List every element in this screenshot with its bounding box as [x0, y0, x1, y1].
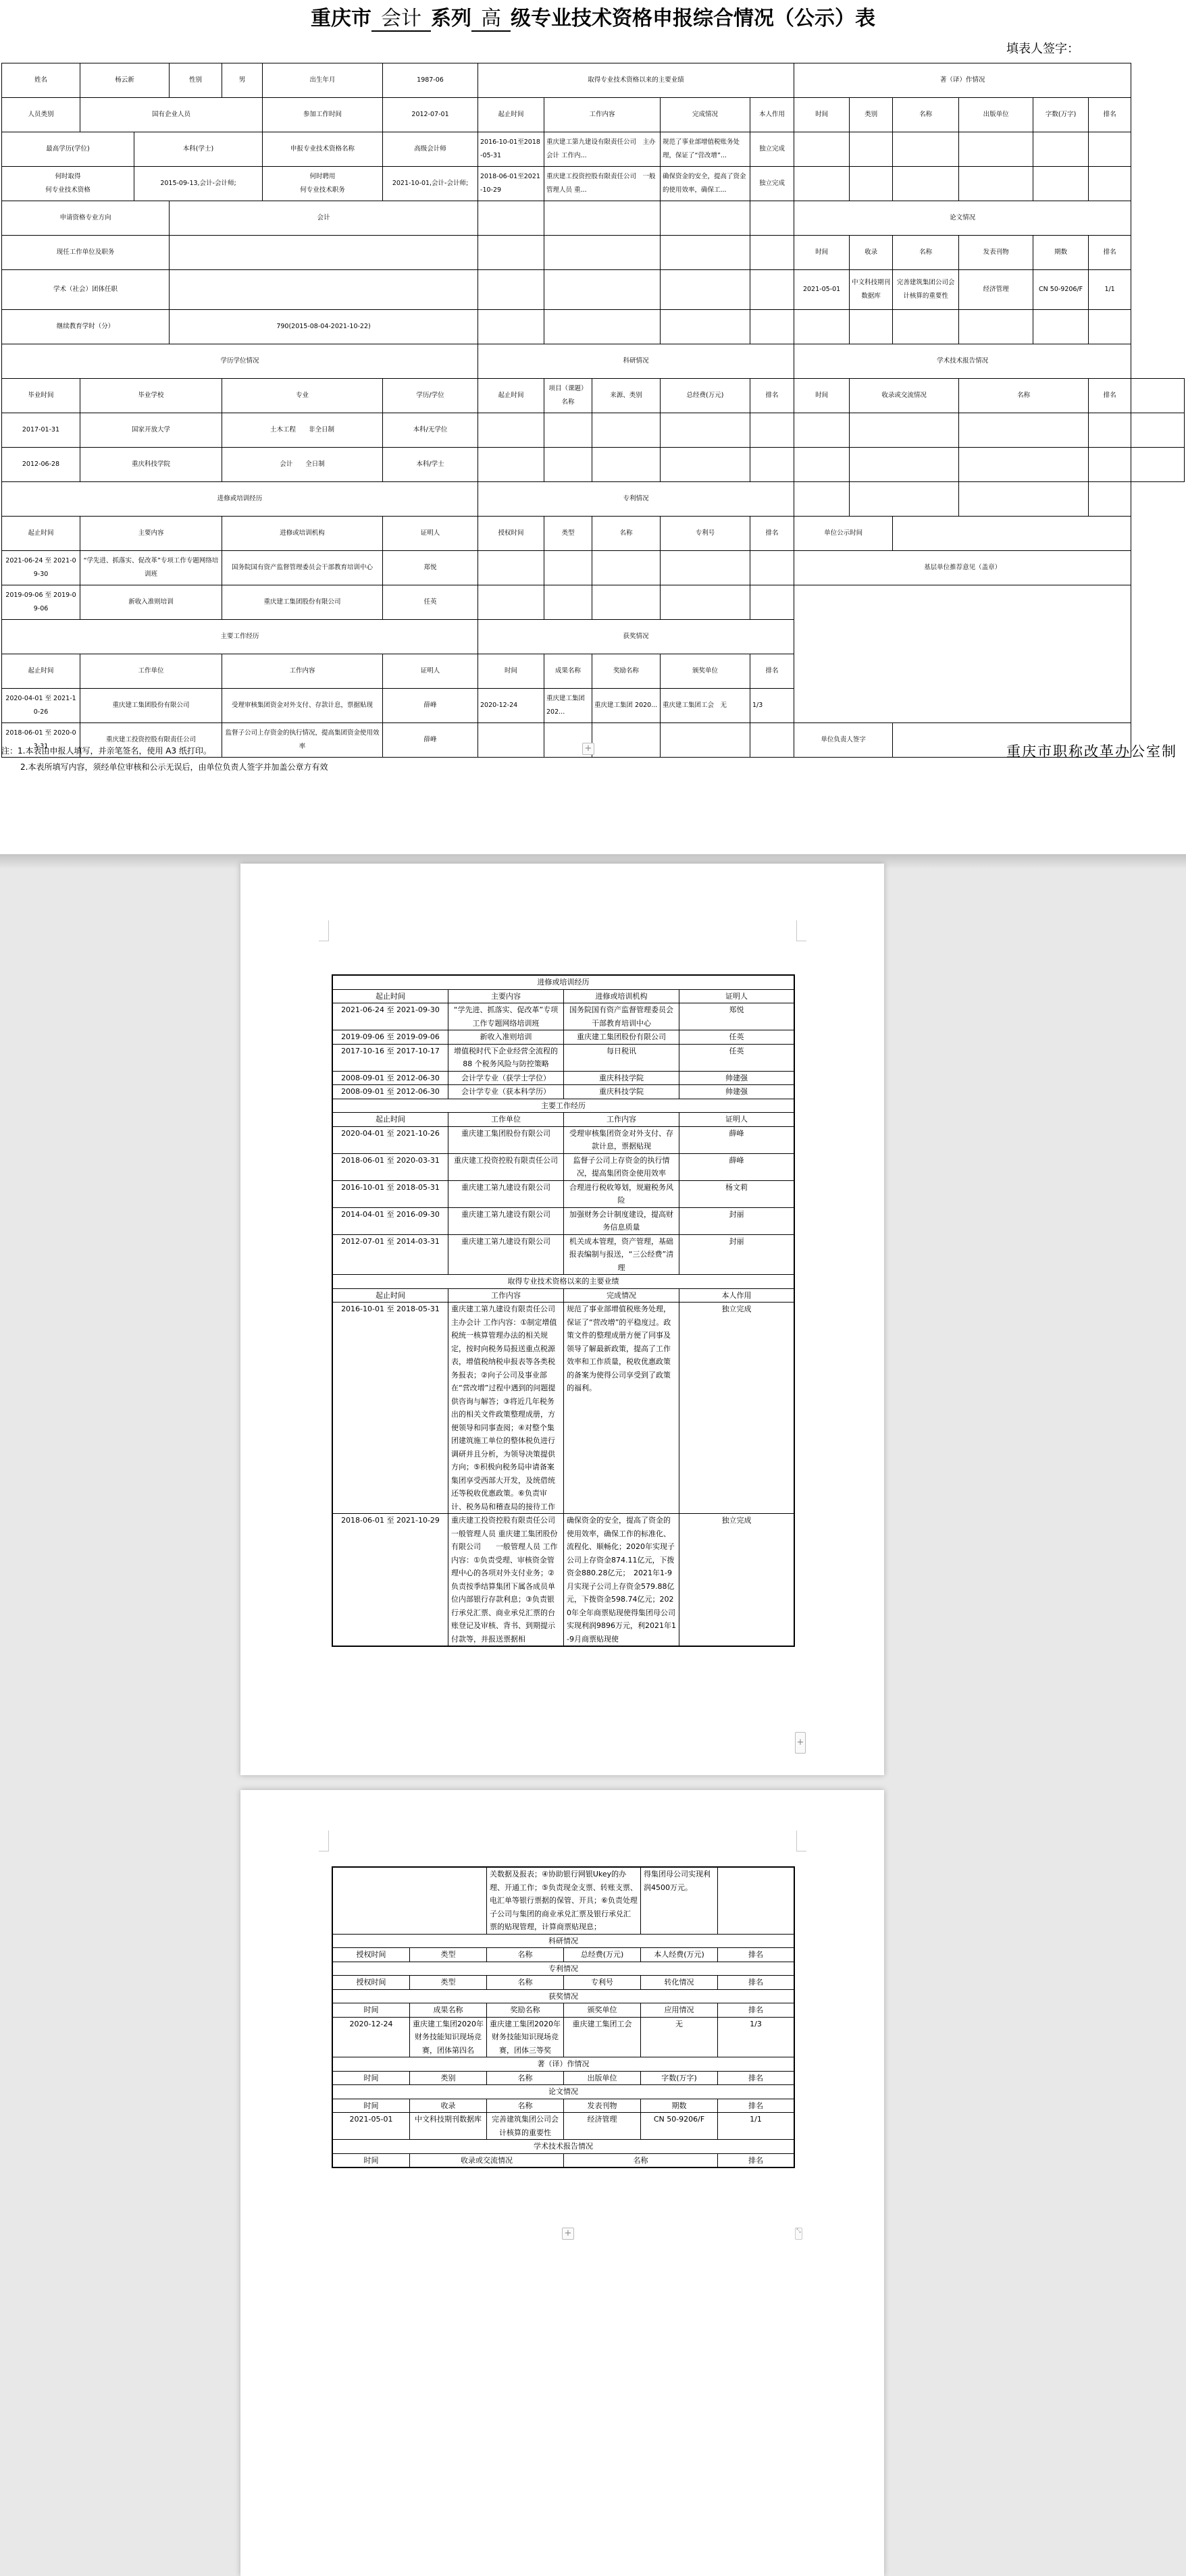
- job-content: 合理进行税收筹划，规避税务风险: [564, 1180, 679, 1207]
- training-period: 2017-10-16 至 2017-10-17: [333, 1044, 448, 1071]
- training-witness: 帅建强: [679, 1071, 794, 1085]
- apply-title-label: 申报专业技术资格名称: [263, 132, 383, 167]
- empty-cell: [850, 413, 959, 448]
- paper-name: 完善建筑集团公司会计核算的重要性: [487, 2113, 564, 2140]
- table-row: 2018-06-01 至 2020-03-31重庆建工投资控股有限责任公司监督子…: [333, 1153, 794, 1180]
- job-unit: 重庆建工第九建设有限公司: [448, 1234, 564, 1275]
- margin-corner-mark: [319, 1831, 329, 1851]
- education-school: 国家开放大学: [80, 413, 222, 448]
- works-header: 字数(万字): [1033, 98, 1089, 132]
- achievement-content: 重庆建工投资控股有限责任公司 一般管理人员 重庆建工集团股份有限公司 一般管理人…: [448, 1514, 564, 1646]
- summary-table: 姓名 杨云新 性别 男 出生年月 1987-06 取得专业技术资格以来的主要业绩…: [1, 63, 1185, 758]
- empty-cell: [544, 551, 592, 585]
- gender-label: 性别: [170, 63, 222, 98]
- job-content: 受理审核集团资金对外支付、存款计息，票据贴现: [222, 689, 383, 723]
- award-result: 重庆建工集团 202...: [544, 689, 592, 723]
- paper-index: 中文科技期刊数据库: [850, 270, 893, 310]
- research-header: 项目（课题）名称: [544, 379, 592, 413]
- paper-time: 2021-05-01: [333, 2113, 410, 2140]
- works-header: 出版单位: [564, 2071, 641, 2085]
- empty-cell: [750, 723, 794, 758]
- empty-cell: [850, 448, 959, 482]
- empty-cell: [1033, 310, 1089, 344]
- awards-header: 奖励名称: [592, 654, 661, 689]
- achievement-period: 2018-06-01至2021-10-29: [478, 167, 544, 201]
- page-2-sheet: 进修或培训经历 起止时间 主要内容 进修或培训机构 证明人 2021-06-24…: [240, 864, 884, 1775]
- training-period: 2021-06-24 至 2021-09-30: [333, 1003, 448, 1030]
- reports-title: 学术技术报告情况: [333, 2140, 794, 2154]
- works-title: 著（译）作情况: [794, 63, 1131, 98]
- patents-header: 类型: [410, 1976, 487, 1990]
- paper-journal: 经济管理: [564, 2113, 641, 2140]
- papers-header-row: 时间收录名称发表刊物期数排名: [333, 2099, 794, 2113]
- job-content: 机关成本管理，资产管理，基础报表编制与报送，“三公经费”清理: [564, 1234, 679, 1275]
- qual-label: 何时取得何专业技术资格: [2, 167, 134, 201]
- empty-cell: [959, 167, 1033, 201]
- table-row: 2017-10-16 至 2017-10-17增值税时代下企业经营全流程的 88…: [333, 1044, 794, 1071]
- patents-header: 授权时间: [333, 1976, 410, 1990]
- empty-cell: [661, 413, 750, 448]
- job-period: 2020-04-01 至 2021-10-26: [333, 1126, 448, 1153]
- award-rank: 1/3: [750, 689, 794, 723]
- works-header-row: 时间类别名称出版单位字数(万字)排名: [333, 2071, 794, 2085]
- job-period: 2012-07-01 至 2014-03-31: [333, 1234, 448, 1275]
- job-witness: 薛峰: [679, 1126, 794, 1153]
- research-title: 科研情况: [333, 1934, 794, 1948]
- table-row: 2021-06-24 至 2021-09-30“学先进、抓落实、促改革”专项工作…: [333, 1003, 794, 1030]
- job-witness: 薛峰: [383, 689, 478, 723]
- empty-cell: [893, 310, 959, 344]
- patents-header-row: 授权时间类型名称专利号转化情况排名: [333, 1976, 794, 1990]
- awards-header: 排名: [718, 2003, 794, 2018]
- detail-table-page-3: 关数据及报表；④协助银行网银Ukey的办理、开通工作；⑤负责现金支票、转账支票、…: [332, 1867, 794, 2167]
- empty-cell: [592, 723, 661, 758]
- add-row-button[interactable]: +: [562, 2228, 574, 2240]
- gender-value: 男: [222, 63, 263, 98]
- empty-cell: [333, 1868, 487, 1935]
- edu-value: 本科(学士): [134, 132, 263, 167]
- add-column-button[interactable]: +: [795, 1732, 806, 1754]
- education-degree: 本科/学士: [383, 448, 478, 482]
- table-row: 毕业时间 毕业学校 专业 学历/学位 起止时间 项目（课题）名称 来源、类别 总…: [2, 379, 1185, 413]
- job-unit: 重庆建工投资控股有限责任公司: [448, 1153, 564, 1180]
- achievement-period: 2018-06-01 至 2021-10-29: [333, 1514, 448, 1646]
- job-period: 2018-06-01 至 2020-03-31: [333, 1153, 448, 1180]
- recommend-value[interactable]: [794, 585, 1131, 723]
- edu-label: 最高学历(学位): [2, 132, 134, 167]
- achievement-role: 独立完成: [679, 1514, 794, 1646]
- research-header: 类型: [410, 1948, 487, 1962]
- research-header: 来源、类别: [592, 379, 661, 413]
- note-1: 注：1.本表由申报人填写，并亲笔签名，使用 A3 纸打印。: [1, 743, 328, 759]
- empty-cell: [544, 236, 661, 270]
- training-header: 进修或培训机构: [564, 989, 679, 1003]
- training-header: 起止时间: [2, 517, 80, 551]
- table-row: 继续教育学时（分） 790(2015-08-04-2021-10-22): [2, 310, 1185, 344]
- reports-header: 收录或交流情况: [850, 379, 959, 413]
- reports-header: 时间: [333, 2153, 410, 2167]
- works-header: 名称: [893, 98, 959, 132]
- empty-cell: [893, 167, 959, 201]
- awards-title: 获奖情况: [333, 1989, 794, 2003]
- patents-title: 专利情况: [478, 482, 794, 517]
- empty-cell: [1033, 132, 1089, 167]
- empty-cell: [893, 132, 959, 167]
- reports-header: 排名: [1089, 379, 1131, 413]
- works-title: 著（译）作情况: [333, 2057, 794, 2072]
- paper-index: 中文科技期刊数据库: [410, 2113, 487, 2140]
- jobs-header: 工作内容: [564, 1113, 679, 1127]
- work-start-value: 2012-07-01: [383, 98, 478, 132]
- empty-cell: [478, 723, 544, 758]
- works-header: 排名: [718, 2071, 794, 2085]
- title-series-blank: 会计: [371, 7, 431, 32]
- awards-header: 成果名称: [410, 2003, 487, 2018]
- training-title: 进修或培训经历: [333, 976, 794, 990]
- empty-cell: [661, 723, 750, 758]
- papers-header: 名称: [893, 236, 959, 270]
- empty-cell: [750, 310, 794, 344]
- empty-cell: [959, 448, 1089, 482]
- patents-header: 专利号: [564, 1976, 641, 1990]
- table-row: 2012-07-01 至 2014-03-31重庆建工第九建设有限公司机关成本管…: [333, 1234, 794, 1275]
- note-2: 2.本表所填写内容，须经单位审核和公示无误后，由单位负责人签字并加盖公章方有效: [1, 759, 328, 775]
- education-school: 重庆科技学院: [80, 448, 222, 482]
- works-header: 名称: [487, 2071, 564, 2085]
- training-title: 进修或培训经历: [2, 482, 478, 517]
- empty-cell: [544, 585, 592, 620]
- empty-cell: [750, 448, 794, 482]
- reports-header: 名称: [959, 379, 1089, 413]
- training-witness: 帅建强: [679, 1085, 794, 1099]
- table-row: 2018-06-01 至 2021-10-29 重庆建工投资控股有限责任公司 一…: [333, 1514, 794, 1646]
- empty-cell: [959, 310, 1033, 344]
- awards-header: 成果名称: [544, 654, 592, 689]
- job-witness: 薛峰: [679, 1153, 794, 1180]
- table-row: 最高学历(学位) 本科(学士) 申报专业技术资格名称 高级会计师 2016-10…: [2, 132, 1185, 167]
- hire-label: 何时聘用何专业技术职务: [263, 167, 383, 201]
- training-content: 新收入准则培训: [80, 585, 222, 620]
- job-content: 受理审核集团资金对外支付、存款计息，票据贴现: [564, 1126, 679, 1153]
- training-header: 起止时间: [333, 989, 448, 1003]
- job-unit: 重庆建工第九建设有限公司: [448, 1180, 564, 1207]
- empty-cell: [661, 551, 750, 585]
- table-row: 2019-09-06 至 2019-09-06新收入准则培训重庆建工集团股份有限…: [333, 1030, 794, 1045]
- empty-cell: [661, 270, 750, 310]
- qual-value: 2015-09-13,会计-会计师;: [134, 167, 263, 201]
- document-title: 重庆市会计系列高级专业技术资格申报综合情况（公示）表: [0, 1, 1186, 32]
- award-time: 2020-12-24: [333, 2017, 410, 2057]
- training-org: 国务院国有资产监督管理委员会干部教育培训中心: [222, 551, 383, 585]
- achievement-role: 独立完成: [750, 132, 794, 167]
- achievement-result: 规范了事业部增值税账务处理，保证了“营改增”...: [661, 132, 750, 167]
- achievements-header: 本人作用: [679, 1288, 794, 1303]
- training-org: 重庆建工集团股份有限公司: [222, 585, 383, 620]
- job-witness: 封丽: [679, 1207, 794, 1234]
- table-row: 2019-09-06 至 2019-09-06 新收入准则培训 重庆建工集团股份…: [2, 585, 1185, 620]
- empty-cell: [750, 585, 794, 620]
- empty-cell: [478, 551, 544, 585]
- jobs-header: 证明人: [383, 654, 478, 689]
- society-value: [170, 270, 478, 310]
- empty-cell: [661, 201, 750, 236]
- table-row: 人员类别 国有企业人员 参加工作时间 2012-07-01 起止时间 工作内容 …: [2, 98, 1185, 132]
- empty-cell: [1089, 413, 1131, 448]
- empty-cell: [478, 201, 544, 236]
- empty-cell: [478, 448, 544, 482]
- papers-title: 论文情况: [794, 201, 1131, 236]
- training-content: 新收入准则培训: [448, 1030, 564, 1045]
- works-header: 字数(万字): [641, 2071, 718, 2085]
- achievements-title: 取得专业技术资格以来的主要业绩: [478, 63, 794, 98]
- training-period: 2008-09-01 至 2012-06-30: [333, 1071, 448, 1085]
- jobs-header: 起止时间: [2, 654, 80, 689]
- awards-header: 应用情况: [641, 2003, 718, 2018]
- papers-header: 发表刊物: [564, 2099, 641, 2113]
- table-row: 2016-10-01 至 2018-05-31重庆建工第九建设有限公司合理进行税…: [333, 1180, 794, 1207]
- table-row: 现任工作单位及职务 时间 收录 名称 发表刊物 期数 排名: [2, 236, 1185, 270]
- education-date: 2017-01-31: [2, 413, 80, 448]
- award-name: 重庆建工集团2020年财务技能知识现场竞赛，团体三等奖: [487, 2017, 564, 2057]
- empty-cell: [750, 270, 794, 310]
- empty-cell: [959, 413, 1089, 448]
- research-header: 总经费(万元): [564, 1948, 641, 1962]
- training-content: 会计学专业（获本科学历）: [448, 1085, 564, 1099]
- current-job-label: 现任工作单位及职务: [2, 236, 170, 270]
- training-period: 2019-09-06 至 2019-09-06: [2, 585, 80, 620]
- notes: 注：1.本表由申报人填写，并亲笔签名，使用 A3 纸打印。 2.本表所填写内容，…: [1, 743, 328, 775]
- achievement-role: 独立完成: [679, 1303, 794, 1514]
- jobs-title: 主要工作经历: [333, 1099, 794, 1113]
- birth-value: 1987-06: [383, 63, 478, 98]
- empty-cell: [661, 310, 750, 344]
- publicity-label: 单位公示时间: [794, 517, 893, 551]
- education-header: 专业: [222, 379, 383, 413]
- education-degree: 本科/无学位: [383, 413, 478, 448]
- achievements-header: 完成情况: [661, 98, 750, 132]
- empty-cell: [1089, 448, 1131, 482]
- empty-cell: [478, 585, 544, 620]
- title-level-blank: 高: [471, 7, 511, 32]
- work-start-label: 参加工作时间: [263, 98, 383, 132]
- training-witness: 任英: [383, 585, 478, 620]
- empty-cell: [544, 310, 661, 344]
- empty-cell: [1089, 310, 1131, 344]
- award-name: 重庆建工集团 2020...: [592, 689, 661, 723]
- margin-corner-mark: [796, 1831, 806, 1851]
- awards-header: 颁奖单位: [564, 2003, 641, 2018]
- add-row-button[interactable]: +: [582, 743, 594, 755]
- training-content: “学先进、抓落实、促改革”专项工作专题网络培训班: [80, 551, 222, 585]
- direction-value: 会计: [170, 201, 478, 236]
- training-content: “学先进、抓落实、促改革”专项工作专题网络培训班: [448, 1003, 564, 1030]
- training-org: 重庆科技学院: [564, 1085, 679, 1099]
- reports-header: 排名: [718, 2153, 794, 2167]
- table-resize-handle[interactable]: ⤡: [795, 2228, 802, 2240]
- training-org: 重庆科技学院: [564, 1071, 679, 1085]
- papers-header: 排名: [718, 2099, 794, 2113]
- training-org: 国务院国有资产监督管理委员会干部教育培训中心: [564, 1003, 679, 1030]
- table-row: 2008-09-01 至 2012-06-30会计学专业（获学士学位）重庆科技学…: [333, 1071, 794, 1085]
- training-period: 2019-09-06 至 2019-09-06: [333, 1030, 448, 1045]
- margin-corner-mark: [796, 920, 806, 941]
- reports-header-row: 时间 收录或交流情况 名称 排名: [333, 2153, 794, 2167]
- awards-header: 颁奖单位: [661, 654, 750, 689]
- achievement-content-continued: 关数据及报表；④协助银行网银Ukey的办理、开通工作；⑤负责现金支票、转账支票、…: [487, 1868, 641, 1935]
- education-header: 毕业时间: [2, 379, 80, 413]
- empty-cell: [750, 413, 794, 448]
- hire-value: 2021-10-01,会计-会计师;: [383, 167, 478, 201]
- job-unit: 重庆建工第九建设有限公司: [448, 1207, 564, 1234]
- name-label: 姓名: [2, 63, 80, 98]
- table-row: 申请资格专业方向 会计 论文情况: [2, 201, 1185, 236]
- paper-rank: 1/1: [1089, 270, 1131, 310]
- training-rows: 2021-06-24 至 2021-09-30“学先进、抓落实、促改革”专项工作…: [333, 1003, 794, 1099]
- direction-label: 申请资格专业方向: [2, 201, 170, 236]
- current-job-value: [170, 236, 478, 270]
- training-witness: 郑悦: [383, 551, 478, 585]
- table-row: 2017-01-31 国家开放大学 土木工程 非全日制 本科/无学位: [2, 413, 1185, 448]
- education-major-system: 土木工程 非全日制: [222, 413, 383, 448]
- empty-cell: [592, 413, 661, 448]
- table-row: 学历学位情况 科研情况 学术技术报告情况: [2, 344, 1185, 379]
- awards-header: 时间: [333, 2003, 410, 2018]
- achievements-header: 完成情况: [564, 1288, 679, 1303]
- job-witness: 封丽: [679, 1234, 794, 1275]
- jobs-header: 工作单位: [448, 1113, 564, 1127]
- publicity-value: [893, 517, 1131, 551]
- empty-cell: [850, 482, 959, 517]
- papers-header: 时间: [794, 236, 850, 270]
- training-witness: 任英: [679, 1030, 794, 1045]
- patents-header: 排名: [750, 517, 794, 551]
- reports-header: 时间: [794, 379, 850, 413]
- paper-time: 2021-05-01: [794, 270, 850, 310]
- table-row: 2012-06-28 重庆科技学院 会计 全日制 本科/学士: [2, 448, 1185, 482]
- job-content: 监督子公司上存资金的执行情况，提高集团资金使用效率: [564, 1153, 679, 1180]
- training-period: 2008-09-01 至 2012-06-30: [333, 1085, 448, 1099]
- paper-rank: 1/1: [718, 2113, 794, 2140]
- papers-header: 时间: [333, 2099, 410, 2113]
- empty-cell: [718, 1868, 794, 1935]
- table-row: 2008-09-01 至 2012-06-30会计学专业（获本科学历）重庆科技学…: [333, 1085, 794, 1099]
- award-result: 重庆建工集团2020年财务技能知识现场竞赛，团体第四名: [410, 2017, 487, 2057]
- awards-header: 奖励名称: [487, 2003, 564, 2018]
- achievement-result-continued: 得集团母公司实现利润4500万元。: [641, 1868, 718, 1935]
- awards-header: 排名: [750, 654, 794, 689]
- table-row: 姓名 杨云新 性别 男 出生年月 1987-06 取得专业技术资格以来的主要业绩…: [2, 63, 1185, 98]
- works-header: 时间: [794, 98, 850, 132]
- page-1-a3-sheet: 重庆市会计系列高级专业技术资格申报综合情况（公示）表 填表人签字： 姓名 杨云新…: [0, 0, 1186, 855]
- research-header: 总经费(万元): [661, 379, 750, 413]
- research-header: 排名: [750, 379, 794, 413]
- achievement-content: 重庆建工第九建设有限责任公司 主办会计 工作内...: [544, 132, 661, 167]
- empty-cell: [1089, 482, 1131, 517]
- category-value: 国有企业人员: [80, 98, 263, 132]
- award-time: 2020-12-24: [478, 689, 544, 723]
- empty-cell: [794, 482, 850, 517]
- achievements-header: 工作内容: [448, 1288, 564, 1303]
- table-row: 2014-04-01 至 2016-09-30重庆建工第九建设有限公司加强财务会…: [333, 1207, 794, 1234]
- empty-cell: [959, 482, 1089, 517]
- achievement-role: 独立完成: [750, 167, 794, 201]
- empty-cell: [794, 310, 850, 344]
- works-header: 类别: [410, 2071, 487, 2085]
- award-rank: 1/3: [718, 2017, 794, 2057]
- papers-header: 排名: [1089, 236, 1131, 270]
- cont-edu-value: 790(2015-08-04-2021-10-22): [170, 310, 478, 344]
- training-header: 证明人: [679, 989, 794, 1003]
- works-header: 时间: [333, 2071, 410, 2085]
- empty-cell: [959, 132, 1033, 167]
- patents-header: 转化情况: [641, 1976, 718, 1990]
- reports-title: 学术技术报告情况: [794, 344, 1131, 379]
- table-row: 2016-10-01 至 2018-05-31 重庆建工第九建设有限责任公司 主…: [333, 1303, 794, 1514]
- jobs-title: 主要工作经历: [2, 620, 478, 654]
- jobs-header: 工作内容: [222, 654, 383, 689]
- apply-title-value: 高级会计师: [383, 132, 478, 167]
- award-issuer-usage: 重庆建工集团工会 无: [661, 689, 750, 723]
- training-witness: 郑悦: [679, 1003, 794, 1030]
- training-period: 2021-06-24 至 2021-09-30: [2, 551, 80, 585]
- training-org: 重庆建工集团股份有限公司: [564, 1030, 679, 1045]
- award-issuer: 重庆建工集团工会: [564, 2017, 641, 2057]
- research-header: 本人经费(万元): [641, 1948, 718, 1962]
- job-unit: 重庆建工集团股份有限公司: [80, 689, 222, 723]
- education-title: 学历学位情况: [2, 344, 478, 379]
- job-content: 加强财务会计制度建设，提高财务信息质量: [564, 1207, 679, 1234]
- empty-cell: [1089, 132, 1131, 167]
- table-row: 2020-12-24 重庆建工集团2020年财务技能知识现场竞赛，团体第四名 重…: [333, 2017, 794, 2057]
- papers-header: 期数: [641, 2099, 718, 2113]
- achievement-result: 确保资金的安全，提高了资金的使用效率，确保工作的标准化、流程化、顺畅化；2020…: [564, 1514, 679, 1646]
- empty-cell: [1089, 167, 1131, 201]
- empty-cell: [1131, 448, 1185, 482]
- birth-label: 出生年月: [263, 63, 383, 98]
- page-3-sheet: 关数据及报表；④协助银行网银Ukey的办理、开通工作；⑤负责现金支票、转账支票、…: [240, 1790, 884, 2576]
- achievements-header: 工作内容: [544, 98, 661, 132]
- achievement-result: 规范了事业部增值税账务处理，保证了“营改增”的平稳度过。政策文件的整理成册方便了…: [564, 1303, 679, 1514]
- empty-cell: [794, 413, 850, 448]
- empty-cell: [1033, 167, 1089, 201]
- paper-name: 完善建筑集团公司会计核算的重要性: [893, 270, 959, 310]
- jobs-header: 起止时间: [333, 1113, 448, 1127]
- achievement-result: 确保资金的安全，提高了资金的使用效率，确保工...: [661, 167, 750, 201]
- empty-cell: [850, 167, 893, 201]
- detail-table-page-2: 进修或培训经历 起止时间 主要内容 进修或培训机构 证明人 2021-06-24…: [332, 975, 794, 1646]
- empty-cell: [478, 413, 544, 448]
- patents-header: 授权时间: [478, 517, 544, 551]
- achievement-period: 2016-10-01至2018-05-31: [478, 132, 544, 167]
- empty-cell: [544, 448, 592, 482]
- job-period: 2016-10-01 至 2018-05-31: [333, 1180, 448, 1207]
- jobs-header: 工作单位: [80, 654, 222, 689]
- empty-cell: [544, 270, 661, 310]
- paper-issue: CN 50-9206/F: [1033, 270, 1089, 310]
- margin-corner-mark: [319, 920, 329, 941]
- table-row: 进修或培训经历 专利情况: [2, 482, 1185, 517]
- empty-cell: [850, 310, 893, 344]
- leader-sign-label: 单位负责人签字: [794, 723, 893, 758]
- education-header: 学历/学位: [383, 379, 478, 413]
- signer-label: 填表人签字：: [1006, 39, 1079, 57]
- table-row: 2020-04-01 至 2021-10-26重庆建工集团股份有限公司受理审核集…: [333, 1126, 794, 1153]
- table-row: 学术（社会）团体任职 2021-05-01 中文科技期刊数据库 完善建筑集团公司…: [2, 270, 1185, 310]
- empty-cell: [794, 132, 850, 167]
- patents-header: 类型: [544, 517, 592, 551]
- empty-cell: [592, 448, 661, 482]
- works-header: 出版单位: [959, 98, 1033, 132]
